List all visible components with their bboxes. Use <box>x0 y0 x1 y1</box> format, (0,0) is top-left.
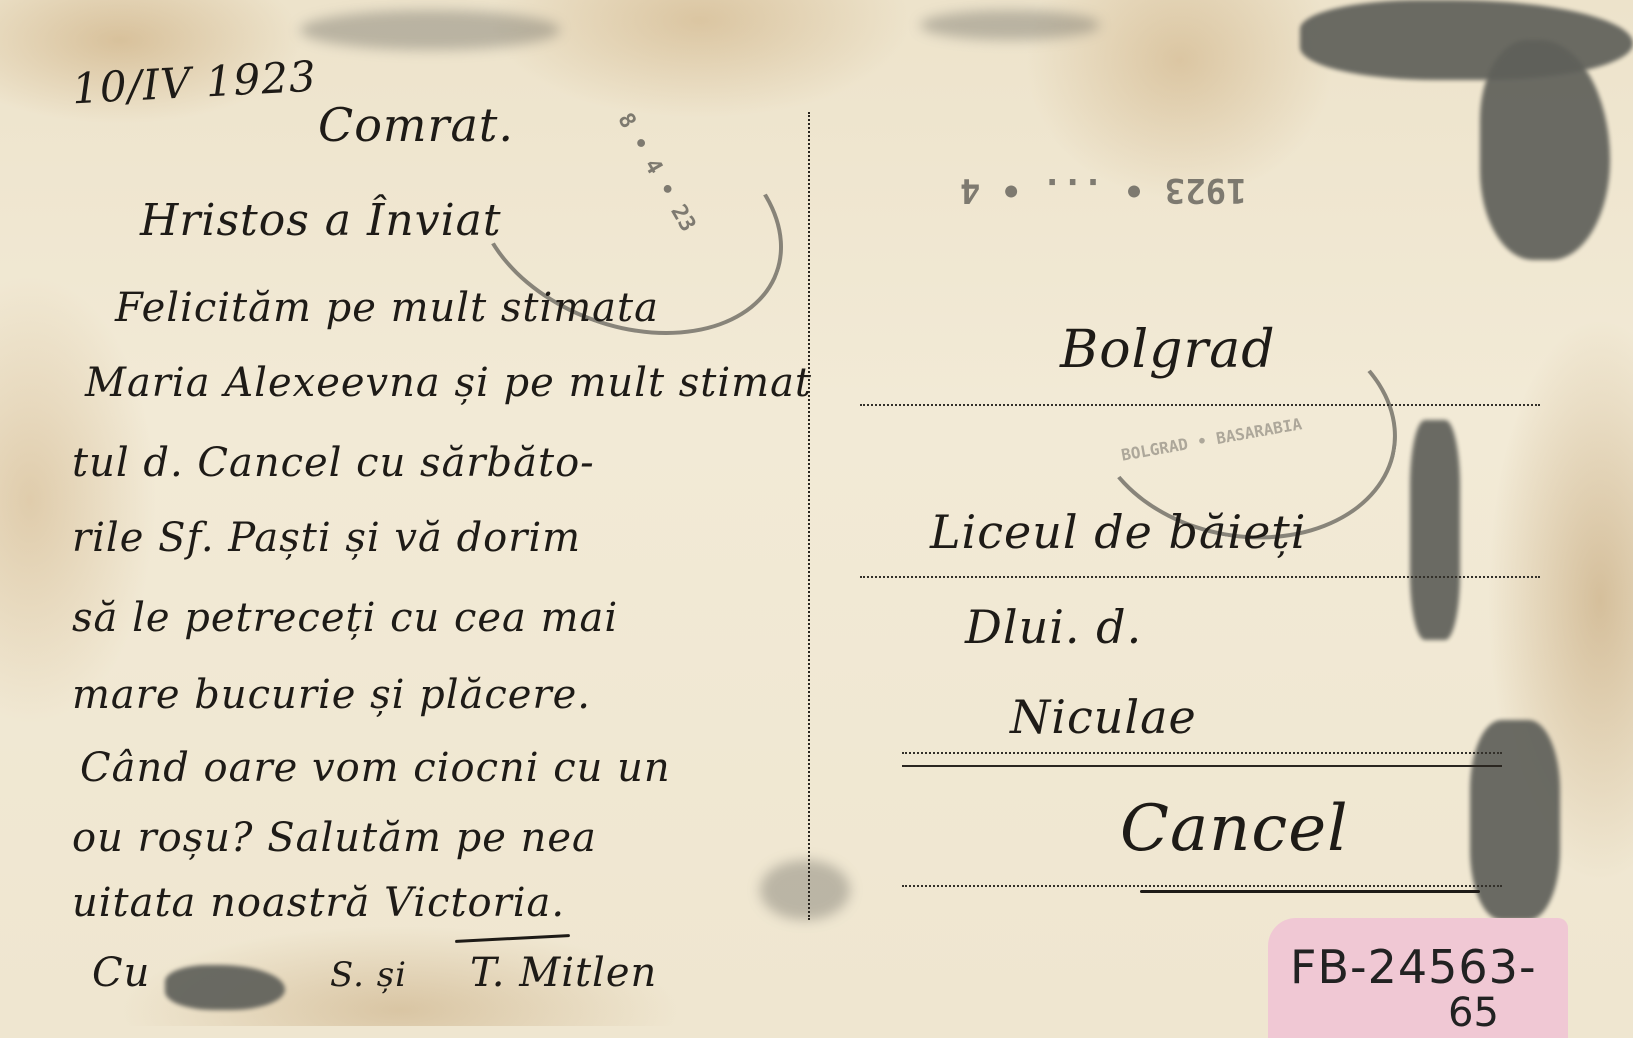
address-line-rule-4 <box>902 765 1502 767</box>
postmark-top-right-text: 1923 • ... • 4 <box>960 170 1247 210</box>
smudge-top-center <box>920 10 1100 40</box>
smudge-top <box>300 10 560 50</box>
message-line-7: mare bucurie și plăcere. <box>72 672 591 718</box>
message-line-5: rile Sf. Paști și vă dorim <box>72 515 581 561</box>
smudge-bottom-center <box>760 860 850 920</box>
postcard-back: 8 • 4 • 23 1923 • ... • 4 BOLGRAD • BASA… <box>0 0 1633 1026</box>
signature: T. Mitlen <box>470 950 657 996</box>
message-line-3: Maria Alexeevna și pe mult stimat <box>85 360 812 406</box>
ink-stain-bottom-left <box>165 965 285 1010</box>
victoria-underline <box>455 934 570 943</box>
message-place: Comrat. <box>318 98 514 152</box>
message-line-6: să le petreceți cu cea mai <box>72 595 618 641</box>
address-line-rule-5 <box>902 885 1502 887</box>
address-line-3: Niculae <box>1010 690 1197 744</box>
message-line-8: Când oare vom ciocni cu un <box>80 745 671 791</box>
address-city: Bolgrad <box>1060 320 1276 380</box>
archive-label-id: FB-24563- <box>1290 940 1537 994</box>
signature-prefix: Cu <box>92 950 150 996</box>
message-line-10: uitata noastră Victoria. <box>72 880 565 926</box>
ink-stain-right-lower <box>1470 720 1560 920</box>
message-line-4: tul d. Cancel cu sărbăto- <box>72 440 595 486</box>
center-divider <box>808 112 810 920</box>
cancel-underline <box>1140 890 1480 893</box>
archive-label-suffix: 65 <box>1448 990 1499 1026</box>
message-date: 10/IV 1923 <box>71 52 318 114</box>
message-line-2: Felicităm pe mult stimata <box>115 285 659 331</box>
address-line-rule-2 <box>860 576 1540 578</box>
address-line-rule-3 <box>902 752 1502 754</box>
address-line-1: Liceul de băieți <box>930 505 1307 559</box>
message-line-1: Hristos a Înviat <box>140 195 502 246</box>
address-line-4: Cancel <box>1120 792 1349 866</box>
ink-stain-top-right-arm <box>1480 40 1610 260</box>
ink-stain-right-bar <box>1410 420 1460 640</box>
signature-middle: S. și <box>330 955 407 995</box>
address-line-rule-1 <box>860 404 1540 406</box>
address-line-2: Dlui. d. <box>965 600 1142 654</box>
message-line-9: ou roșu? Salutăm pe nea <box>72 815 597 861</box>
